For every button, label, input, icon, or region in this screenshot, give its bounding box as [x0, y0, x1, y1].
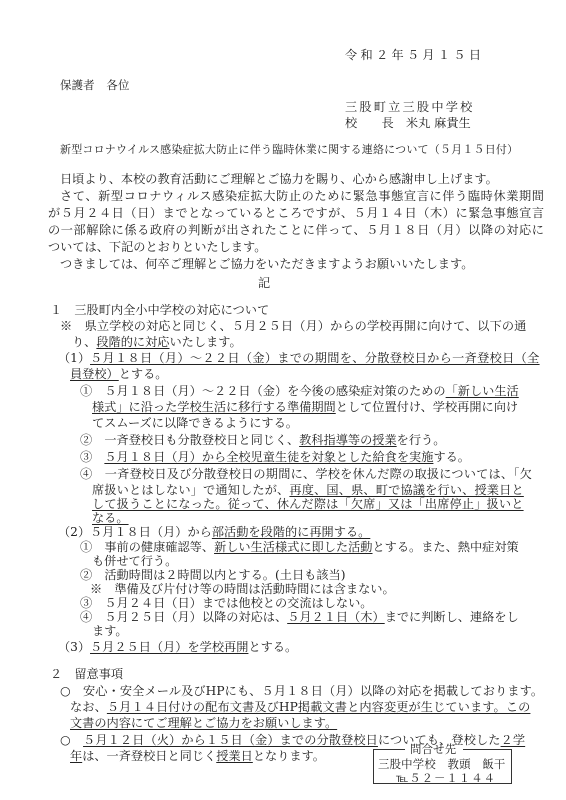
item2-text: ５月１８日（月）から部活動を段階的に再開する。	[90, 525, 370, 539]
item1-sub1-cont: 様式」に沿った学校生活に移行する準備期間として位置付け、学校再開に向け	[92, 400, 518, 414]
intro-line: つきましては、何卒ご理解とご協力をいただきますようお願いいたします。	[60, 257, 473, 271]
item3-number: （3）	[58, 640, 90, 654]
contact-box-top-left	[373, 749, 405, 750]
intro-line: さて、新型コロナウィルス感染症拡大防止のために緊急事態宣言に伴う臨時休業期間	[60, 189, 545, 203]
notice-bullet-1-cont: なお、５月１４日付けの配布文書及びHP掲載文書と内容変更が生じています。この	[70, 700, 530, 714]
ki-heading: 記	[258, 276, 270, 290]
item3-text: ５月２５日（月）を学校再開とする。	[90, 640, 297, 654]
item1-number: （1）	[58, 351, 90, 365]
section1-heading: １ 三股町内全小中学校の対応について	[50, 303, 269, 317]
item1-sub4-cont: 席扱いとはしない」で通知したが、再度、国、県、町で協議を行い、授業日と	[92, 483, 524, 497]
item1-sub1: ① ５月１８日（月）～２２日（金）を今後の感染症対策のための「新しい生活	[80, 384, 519, 398]
item1-text-cont: 員登校）とする。	[70, 367, 168, 381]
item2-sub1-cont: も併せて行う。	[92, 554, 177, 568]
item1-text: ５月１８日（月）～２２日（金）までの期間を、分散登校日から一斉登校日（全	[90, 351, 540, 365]
contact-person: 三股中学校 教頭 飯干	[378, 757, 506, 771]
principal-name: 校 長 米丸 麻貴生	[345, 116, 471, 130]
item1-sub2: ② 一斉登校日も分散登校日と同じく、教科指導等の授業を行う。	[80, 433, 445, 447]
contact-phone: ℡５２－１１４４	[396, 771, 496, 785]
item2-sub4: ④ ５月２５日（月）以降の対応は、５月２１日（木）までに判断し、連絡をし	[80, 610, 519, 624]
document-date: 令和２年５月１５日	[345, 48, 484, 62]
notice-bullet-1: ○ 安心・安全メール及びHPにも、５月１８日（月）以降の対応を掲載しております。	[60, 684, 543, 698]
item1-sub4: ④ 一斉登校日及び分散登校日の期間に、学校を休んだ際の取扱については、「欠	[80, 467, 532, 481]
item2-sub2: ② 活動時間は２時間以内とする。(土日も該当)	[80, 568, 345, 582]
notice-bullet-2-cont: 年は、一斉登校日と同じく授業日となります。	[70, 749, 325, 763]
item1-sub3: ③ ５月１８日（月）から全校児童生徒を対象とした給食を実施する。	[80, 450, 470, 464]
intro-line: ついては、下記のとおりといたします。	[48, 240, 266, 254]
school-name: 三股町立三股中学校	[345, 100, 475, 114]
item2-sub2-note: ※ 準備及び片付け等の時間は活動時間には含まない。	[90, 582, 395, 596]
item1-sub4-cont: して扱うことになった。従って、休んだ際は「欠席」又は「出席停止」扱いと	[92, 497, 524, 511]
item1-sub4-cont: なる。	[92, 511, 129, 525]
intro-line: の一部解除に係る政府の判断が出されたことに伴って、５月１８日（月）以降の対応に	[48, 223, 545, 237]
contact-label: 問合せ先	[410, 742, 456, 756]
document-title: 新型コロナウイルス感染症拡大防止に伴う臨時休業に関する連絡について（５月１５日付…	[60, 143, 518, 157]
notice-bullet-1-cont: 文書の内容にてご理解とご協力をお願いします。	[70, 716, 337, 730]
item1-sub1-cont: てスムーズに以降できるようにする。	[92, 416, 298, 430]
section1-note-cont: り、段階的に対応いたします。	[72, 335, 242, 349]
section1-note: ※ 県立学校の対応と同じく、５月２５日（月）からの学校再開に向けて、以下の通	[60, 319, 526, 333]
item2-sub4-cont: ます。	[92, 624, 128, 638]
item2-sub1: ① 事前の健康確認等、新しい生活様式に即した活動とする。また、熱中症対策	[80, 540, 519, 554]
item2-sub3: ③ ５月２４日（日）までは他校との交流はしない。	[80, 596, 373, 610]
intro-line: 日頃より、本校の教育活動にご理解とご協力を賜り、心から感謝申し上げます。	[60, 172, 498, 186]
intro-line: が５月２４日（日）までとなっているところですが、５月１４日（木）に緊急事態宣言	[48, 206, 545, 220]
item2-number: （2）	[58, 525, 90, 539]
addressee: 保護者 各位	[60, 78, 130, 92]
section2-heading: ２ 留意事項	[50, 667, 123, 681]
contact-box-top-right	[463, 749, 511, 750]
